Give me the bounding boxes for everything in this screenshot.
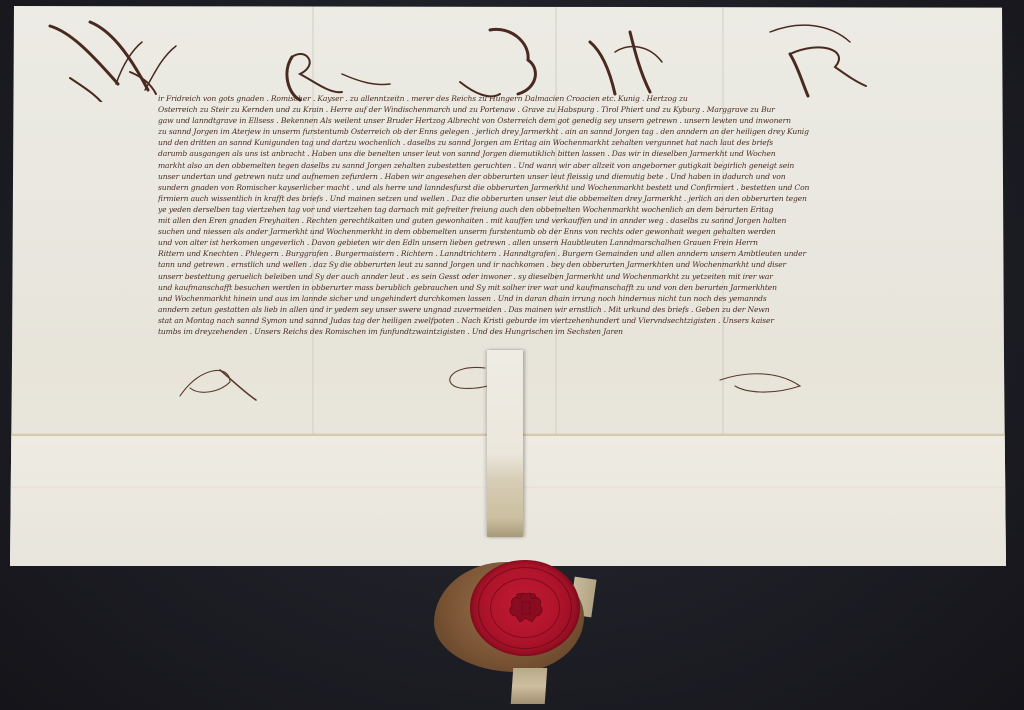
text-line: unserr bestettung geruelich beleiben und… — [158, 271, 888, 282]
text-line: anndern zetun gestatten als lieb in alle… — [158, 304, 888, 315]
monogram-initials — [30, 12, 890, 102]
text-line: tann und getrewn . ernstlich und wellen … — [158, 259, 888, 270]
text-line: ye yeden derselben tag viertzehen tag vo… — [158, 204, 888, 215]
text-line: stat an Montag nach sannd Symon und sann… — [158, 315, 888, 326]
text-line: firmiern auch wissentlich in krafft des … — [158, 193, 888, 204]
text-line: gaw und lanndtgrave in Ellsess . Bekenne… — [158, 115, 888, 126]
text-line: und den dritten an sannd Kunigunden tag … — [158, 137, 888, 148]
text-line: mit allen den Eren gnaden Freyhaiten . R… — [158, 215, 888, 226]
text-line: und Wochenmarkht hinein und aus im lannd… — [158, 293, 888, 304]
text-line: markht also an den obbemelten tegen dase… — [158, 160, 888, 171]
double-headed-eagle-icon — [504, 586, 548, 630]
text-line: und von alter ist herkomen ungeverlich .… — [158, 237, 888, 248]
text-line: tumbs im dreyzehenden . Unsers Reichs de… — [158, 326, 888, 337]
text-line: sundern gnaden von Romischer kayserliche… — [158, 182, 888, 193]
seal-tag-end — [511, 668, 548, 704]
pendant-seal — [432, 560, 604, 708]
seal-red-wax — [470, 560, 580, 656]
text-line: Osterreich zu Steir zu Kernden und zu Kr… — [158, 104, 888, 115]
charter-text: ir Fridreich von gots gnaden . Romischer… — [158, 93, 888, 337]
parchment-seal-tag — [487, 350, 523, 537]
text-line: unser undertan und getrewn nutz und aufn… — [158, 171, 888, 182]
text-line: Rittern und Knechten . Phlegern . Burggr… — [158, 248, 888, 259]
text-line: zu sannd Jorgen im Aterjew in unserm fur… — [158, 126, 888, 137]
text-line: suchen und niessen als ander Jarmerkht u… — [158, 226, 888, 237]
text-line: ir Fridreich von gots gnaden . Romischer… — [158, 93, 888, 104]
text-line: und kaufmanschafft besuchen werden in ob… — [158, 282, 888, 293]
text-line: darumb ausgangen als uns ist anbracht . … — [158, 148, 888, 159]
